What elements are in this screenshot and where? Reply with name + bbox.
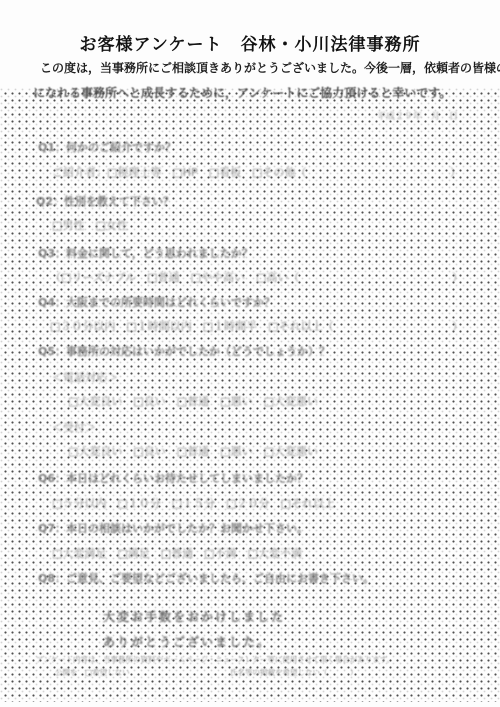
question-6-options: □５分以内 □１０分 □１５分 □２０分 □それ以上	[52, 495, 335, 511]
closing-line-1: 大変お手数をおかけしました	[103, 608, 285, 625]
question-4: Q4：大阪までの所要時間はどれくらいですか？	[38, 294, 275, 310]
question-5-sub2-options: □大変良い □良い □普通 □悪い □大変悪い	[68, 443, 318, 459]
question-1-options: ご紹介者：□税理士等 □HP □看板 □その他（	[52, 164, 306, 180]
intro-line-1: この度は，当事務所にご相談頂きありがとうございました。今後一層，依頼者の皆様のお…	[40, 59, 480, 76]
question-7: Q7：本日の相談はいかがでしたか？お聞かせ下さい。	[38, 520, 308, 536]
question-5-sub1-options: □大変良い □良い □普通 □悪い □大変悪い	[68, 393, 318, 409]
question-3-close-paren: ）	[452, 269, 463, 285]
intro-line-2: になれる事務所へと成長するために，アンケートにご協力頂けると幸いです。	[33, 84, 473, 101]
page-title: お客様アンケート 谷林・小川法律事務所	[0, 30, 500, 55]
scanned-survey-page: お客様アンケート 谷林・小川法律事務所 この度は，当事務所にご相談頂きありがとう…	[0, 0, 500, 707]
question-1-close-paren: ）	[450, 164, 461, 180]
footer-publish-option-left: 公開を □希望しない	[55, 667, 130, 678]
question-2: Q2：性別を教えて下さい？	[36, 193, 174, 209]
footer-note: アンケート内容は、当事務所の資料やホームページ・ニュースレター等に使用させて頂く…	[36, 654, 394, 665]
question-4-close-paren: ）	[452, 318, 463, 334]
footer-publish-option-right: 氏名等の掲載を希望しない（ ）	[230, 667, 358, 678]
closing-line-2: ありがとうございました。	[103, 633, 271, 650]
question-7-options: □大変満足 □満足 □普通 □不満 □大変不満	[52, 545, 302, 561]
question-1: Q1：何かのご紹介ですか？	[38, 139, 176, 155]
question-6: Q6：本日はどれくらいお待たせしてしまいましたか？	[38, 470, 308, 486]
date-line: 平成２９年 月 日	[377, 109, 458, 122]
question-5-sub1-label: ＜電話対応＞	[52, 369, 118, 385]
question-5: Q5：事務所の対応はいかがでしたか（どうでしょうか）？	[38, 343, 330, 359]
question-5-sub2-label: ＜受付＞	[52, 419, 96, 435]
question-3-options: （□リーズナブル □普通 □やや高い □高い（	[50, 269, 299, 285]
question-4-options: □３０分以内 □１時間以内 □１時間半 □それ以上（	[50, 318, 334, 334]
question-8: Q8：ご意見、ご要望などございましたら、ご自由にお書き下さい。	[38, 570, 374, 586]
question-2-options: □男性 □女性	[52, 217, 128, 233]
question-3: Q3：料金に関して，どう思われましたか？	[38, 245, 253, 261]
